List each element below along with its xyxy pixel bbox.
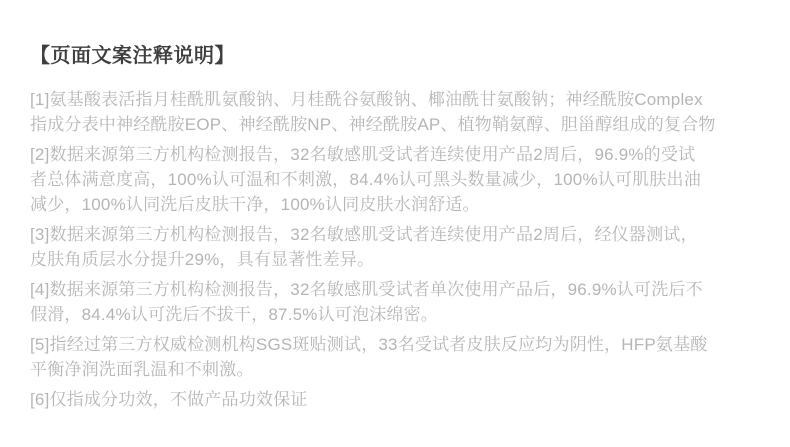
- footnote-4: [4]数据来源第三方机构检测报告，32名敏感肌受试者单次使用产品后，96.9%认…: [30, 277, 765, 327]
- footnote-6: [6]仅指成分功效，不做产品功效保证: [30, 387, 765, 412]
- footnote-5: [5]指经过第三方权威检测机构SGS斑贴测试，33名受试者皮肤反应均为阴性，HF…: [30, 332, 765, 382]
- footnote-1: [1]氨基酸表活指月桂酰肌氨酸钠、月桂酰谷氨酸钠、椰油酰甘氨酸钠；神经酰胺Com…: [30, 87, 765, 137]
- annotation-notes-page: 【页面文案注释说明】 [1]氨基酸表活指月桂酰肌氨酸钠、月桂酰谷氨酸钠、椰油酰甘…: [0, 0, 790, 447]
- footnote-2: [2]数据来源第三方机构检测报告，32名敏感肌受试者连续使用产品2周后，96.9…: [30, 142, 765, 217]
- page-title: 【页面文案注释说明】: [30, 44, 765, 68]
- footnote-3: [3]数据来源第三方机构检测报告，32名敏感肌受试者连续使用产品2周后，经仪器测…: [30, 222, 765, 272]
